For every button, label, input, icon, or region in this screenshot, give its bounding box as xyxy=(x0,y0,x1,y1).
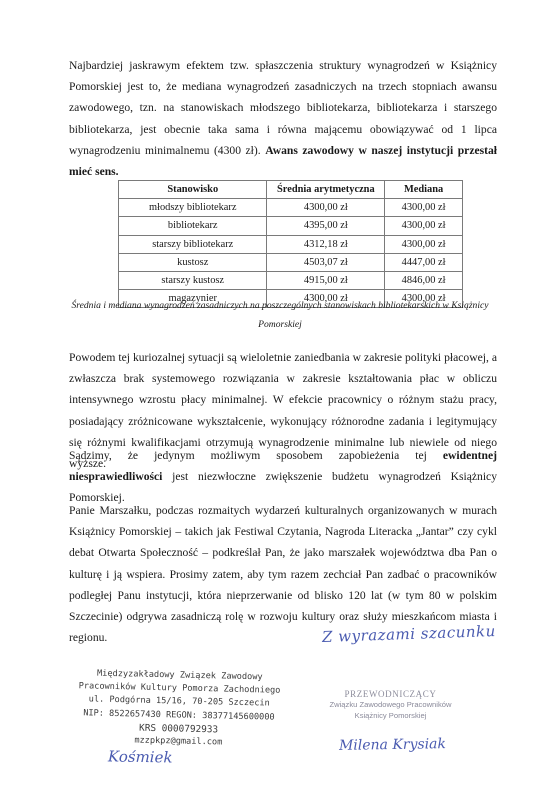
cell-median: 4846,00 zł xyxy=(385,271,463,289)
cell-median: 4447,00 zł xyxy=(385,253,463,271)
cell-position: młodszy bibliotekarz xyxy=(119,199,267,217)
stamp-line: Związku Zawodowego Pracowników xyxy=(318,700,463,711)
paragraph-text: Najbardziej jaskrawym efektem tzw. spłas… xyxy=(69,59,497,157)
stamp-title: PRZEWODNICZĄCY xyxy=(318,689,463,700)
header-median: Mediana xyxy=(385,181,463,199)
paragraph-salary-flattening: Najbardziej jaskrawym efektem tzw. spłas… xyxy=(69,55,497,182)
header-mean: Średnia arytmetyczna xyxy=(267,181,385,199)
document-page: Najbardziej jaskrawym efektem tzw. spłas… xyxy=(0,0,555,792)
table-row: bibliotekarz 4395,00 zł 4300,00 zł xyxy=(119,217,463,235)
cell-mean: 4915,00 zł xyxy=(267,271,385,289)
union-stamp: Międzyzakładowy Związek Zawodowy Pracown… xyxy=(68,667,290,751)
stamp-line: Książnicy Pomorskiej xyxy=(318,711,463,722)
cell-position: starszy kustosz xyxy=(119,271,267,289)
table-row: starszy kustosz 4915,00 zł 4846,00 zł xyxy=(119,271,463,289)
table-row: starszy bibliotekarz 4312,18 zł 4300,00 … xyxy=(119,235,463,253)
chairperson-stamp: PRZEWODNICZĄCY Związku Zawodowego Pracow… xyxy=(318,689,463,721)
cell-position: starszy bibliotekarz xyxy=(119,235,267,253)
signature-right: Milena Krysiak xyxy=(339,736,446,754)
cell-mean: 4300,00 zł xyxy=(267,199,385,217)
table-caption: Średnia i mediana wynagrodzeń zasadniczy… xyxy=(60,296,500,334)
salary-table: Stanowisko Średnia arytmetyczna Mediana … xyxy=(118,180,463,308)
cell-median: 4300,00 zł xyxy=(385,217,463,235)
cell-median: 4300,00 zł xyxy=(385,199,463,217)
cell-mean: 4503,07 zł xyxy=(267,253,385,271)
table-row: kustosz 4503,07 zł 4447,00 zł xyxy=(119,253,463,271)
header-position: Stanowisko xyxy=(119,181,267,199)
cell-mean: 4395,00 zł xyxy=(267,217,385,235)
table-row: młodszy bibliotekarz 4300,00 zł 4300,00 … xyxy=(119,199,463,217)
cell-mean: 4312,18 zł xyxy=(267,235,385,253)
paragraph-text: Sądzimy, że jedynym możliwym sposobem za… xyxy=(69,449,443,462)
cell-position: bibliotekarz xyxy=(119,217,267,235)
signature-left: Kośmiek xyxy=(108,747,173,766)
cell-median: 4300,00 zł xyxy=(385,235,463,253)
table-header-row: Stanowisko Średnia arytmetyczna Mediana xyxy=(119,181,463,199)
cell-position: kustosz xyxy=(119,253,267,271)
